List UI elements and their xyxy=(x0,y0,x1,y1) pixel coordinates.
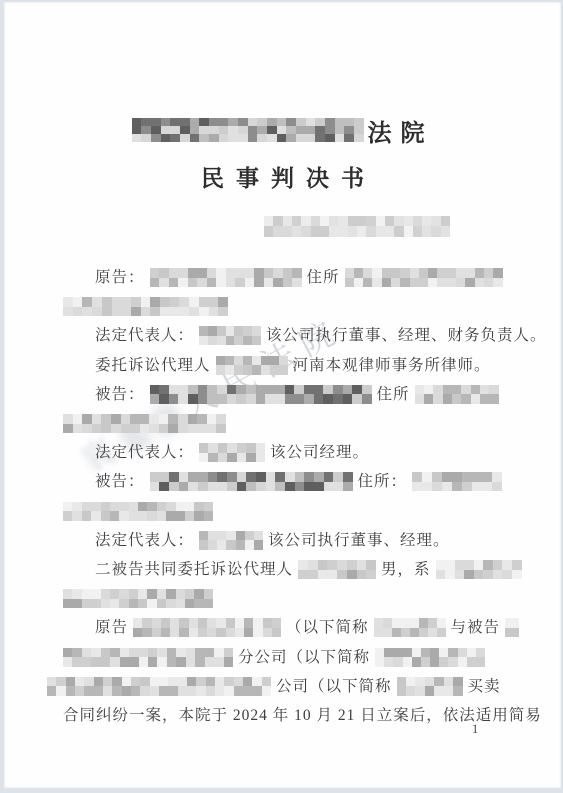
redacted-block xyxy=(375,648,485,667)
body-line: 原告：住所 xyxy=(63,263,563,292)
text-segment: 合同纠纷一案，本院于 2024 年 10 月 21 日立案后，依法适用简易 xyxy=(63,701,542,730)
text-segment: 二被告共同委托诉讼代理人 xyxy=(95,555,293,584)
body-line xyxy=(63,292,533,321)
case-number-redacted-block xyxy=(264,216,450,237)
text-segment: 分公司（以下简称 xyxy=(238,643,370,672)
text-segment: 河南本观律师事务所律师。 xyxy=(293,351,491,380)
body-line xyxy=(63,497,533,526)
text-segment: 住所： xyxy=(358,467,408,496)
redacted-block xyxy=(150,385,372,404)
body-line: 公司（以下简称买卖 xyxy=(47,672,517,701)
text-segment: 法定代表人： xyxy=(95,321,194,350)
court-name-redacted-block xyxy=(132,118,364,143)
redacted-block xyxy=(63,589,213,608)
text-segment: 该公司执行董事、经理、财务负责人。 xyxy=(266,321,547,350)
text-segment: 该公司经理。 xyxy=(270,438,369,467)
body-line: 法定代表人：该公司经理。 xyxy=(63,438,563,467)
redacted-block xyxy=(133,618,281,637)
body-line: 被告：住所 xyxy=(63,380,563,409)
body-line: 合同纠纷一案，本院于 2024 年 10 月 21 日立案后，依法适用简易 xyxy=(63,701,533,730)
redacted-block xyxy=(436,560,522,579)
text-segment: 被告： xyxy=(95,380,145,409)
text-segment: 住所 xyxy=(307,263,340,292)
body-line: 法定代表人：该公司执行董事、经理。 xyxy=(63,526,563,555)
redacted-block xyxy=(199,326,261,345)
text-segment: 原告： xyxy=(95,263,145,292)
body-line: 被告：住所： xyxy=(63,467,563,496)
redacted-block xyxy=(216,356,288,375)
redacted-block xyxy=(412,472,502,491)
body-line xyxy=(63,584,533,613)
text-segment: 委托诉讼代理人 xyxy=(95,351,211,380)
text-segment: 买卖 xyxy=(468,672,501,701)
redacted-block xyxy=(63,502,213,521)
redacted-block xyxy=(199,531,263,550)
redacted-block xyxy=(150,472,353,491)
text-segment: 原告 xyxy=(95,613,128,642)
case-number-line xyxy=(264,213,450,237)
page-number: 1 xyxy=(472,722,478,737)
text-segment: 被告： xyxy=(95,467,145,496)
text-segment: 该公司执行董事、经理。 xyxy=(268,526,450,555)
court-name-suffix: 法院 xyxy=(368,113,434,148)
body-line xyxy=(63,409,533,438)
redacted-block xyxy=(150,268,302,287)
redacted-block xyxy=(397,677,463,696)
redacted-block xyxy=(374,618,446,637)
body-line: 二被告共同委托诉讼代理人男，系 xyxy=(63,555,563,584)
redacted-block xyxy=(415,385,499,404)
redacted-block xyxy=(63,414,226,433)
redacted-block xyxy=(298,560,376,579)
body-line: 原告（以下简称与被告 xyxy=(63,613,563,642)
redacted-block xyxy=(505,618,519,637)
redacted-block xyxy=(47,677,271,696)
text-segment: 法定代表人： xyxy=(95,526,194,555)
body-line: 分公司（以下简称 xyxy=(63,643,533,672)
redacted-block xyxy=(63,297,228,316)
text-segment: 公司（以下简称 xyxy=(276,672,392,701)
document-title: 民事判决书 xyxy=(4,160,561,193)
court-title-line: 法院 xyxy=(4,114,561,146)
body-line: 委托诉讼代理人河南本观律师事务所律师。 xyxy=(63,351,563,380)
text-segment: 男，系 xyxy=(381,555,431,584)
redacted-block xyxy=(345,268,503,287)
body-line: 法定代表人：该公司执行董事、经理、财务负责人。 xyxy=(63,321,563,350)
text-segment: 与被告 xyxy=(451,613,501,642)
text-segment: 法定代表人： xyxy=(95,438,194,467)
redacted-block xyxy=(199,443,265,462)
document-page: 襄人民法院 法院 民事判决书 原告：住所法定代表人：该公司执行董事、经理、财务负… xyxy=(4,2,561,788)
text-segment: （以下简称 xyxy=(286,613,369,642)
text-segment: 住所 xyxy=(377,380,410,409)
redacted-block xyxy=(63,648,233,667)
